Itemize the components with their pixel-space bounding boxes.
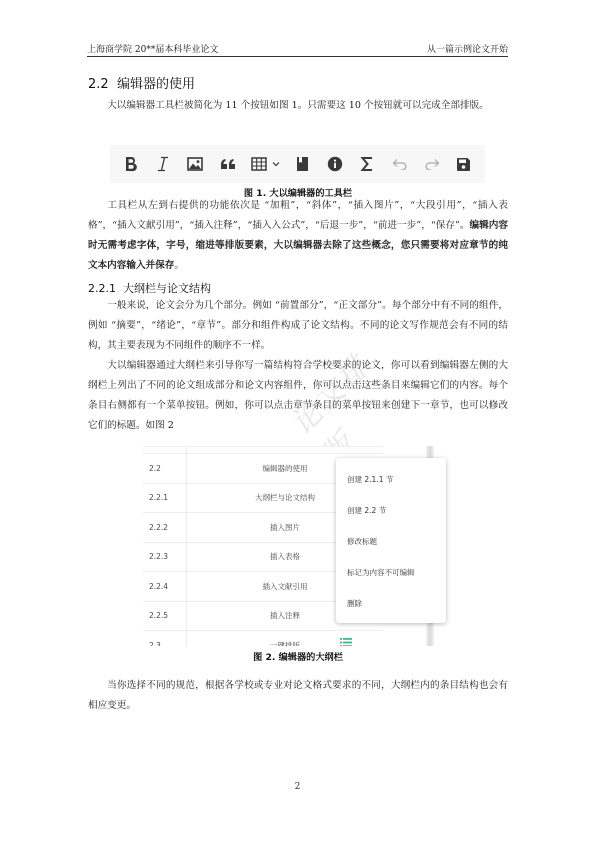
section-heading: 2.2 编辑器的使用 [88,73,195,92]
outline-item-number: 2.2.2 [143,513,187,542]
insert-table-button[interactable] [251,153,280,175]
quote-icon [220,158,236,170]
book-icon [296,156,309,172]
insert-note-button[interactable] [326,153,344,175]
paragraph-conclusion: 当你选择不同的规范，根据各学校或专业对论文格式要求的不同，大纲栏内的条目结构也会… [88,676,508,716]
paragraph-intro: 大以编辑器工具栏被简化为 11 个按钮如图 1。只需要这 10 个按钮就可以完成… [88,96,508,116]
outline-cell-spacer [143,447,187,453]
redo-icon [424,158,440,170]
sigma-icon [361,157,373,171]
menu-item-rename[interactable]: 修改标题 [336,526,446,557]
page-number: 2 [0,782,595,792]
save-button[interactable] [455,153,473,175]
insert-citation-button[interactable] [294,153,312,175]
undo-button[interactable] [391,153,409,175]
section-number: 2.2 [88,77,109,92]
list-menu-icon [340,632,352,646]
save-icon [456,157,471,172]
toolbar-functions-text: 工具栏从左到右提供的功能依次是 “加粗”，“斜体”，“插入图片”，“大段引用”，… [88,200,508,231]
menu-item-lock-content[interactable]: 标记为内容不可编辑 [336,557,446,588]
outline-item-number: 2.3 [143,631,187,646]
paragraph-structure: 一般来说，论文会分为几个部分。例如 “前置部分”，“正文部分”。每个部分中有不同… [88,296,508,356]
outline-figure: 2.2编辑器的使用 2.2.1大纲栏与论文结构 2.2.2插入图片 2.2.3插… [143,446,453,646]
header-right: 从一篇示例论文开始 [427,42,508,55]
page-header: 上海商学院 20**届本科毕业论文 从一篇示例论文开始 [87,40,508,57]
outline-item-number: 2.2.4 [143,572,187,601]
toolbar-functions-end: 。 [174,260,184,271]
subsection-title: 大纲栏与论文结构 [123,282,211,295]
outline-item-number: 2.2.5 [143,602,187,631]
outline-item-number: 2.2.1 [143,484,187,513]
italic-icon [157,156,169,172]
menu-item-create-subsection[interactable]: 创建 2.1.1 节 [336,464,446,495]
insert-image-button[interactable] [186,153,204,175]
table-icon [251,157,267,171]
subsection-heading: 2.2.1 大纲栏与论文结构 [88,280,211,296]
menu-item-create-section[interactable]: 创建 2.2 节 [336,495,446,526]
subsection-number: 2.2.1 [88,282,116,295]
header-left: 上海商学院 20**届本科毕业论文 [87,42,218,55]
bold-button[interactable] [122,153,140,175]
outline-item-title: 一键排版 [187,640,383,646]
outline-item-number: 2.2 [143,454,187,483]
bold-icon [124,156,138,172]
info-icon [327,156,343,172]
undo-icon [392,158,408,170]
figure2-caption: 图 2. 编辑器的大纲栏 [88,649,508,663]
image-icon [187,157,203,171]
redo-button[interactable] [423,153,441,175]
paragraph-toolbar-functions: 工具栏从左到右提供的功能依次是 “加粗”，“斜体”，“插入图片”，“大段引用”，… [88,196,508,276]
blockquote-button[interactable] [219,153,237,175]
outline-item-number: 2.2.3 [143,543,187,572]
chevron-down-icon[interactable] [272,161,280,167]
outline-context-menu: 创建 2.1.1 节 创建 2.2 节 修改标题 标记为内容不可编辑 删除 [336,458,446,623]
section-title: 编辑器的使用 [117,77,195,92]
menu-item-delete[interactable]: 删除 [336,588,446,619]
outline-row-top [143,447,383,454]
editor-toolbar [110,145,485,183]
outline-menu-button[interactable] [340,632,352,641]
insert-formula-button[interactable] [358,153,376,175]
italic-button[interactable] [154,153,172,175]
paragraph-outline: 大以编辑器通过大纲栏来引导你写一篇结构符合学校要求的论文，你可以看到编辑器左侧的… [88,356,508,436]
